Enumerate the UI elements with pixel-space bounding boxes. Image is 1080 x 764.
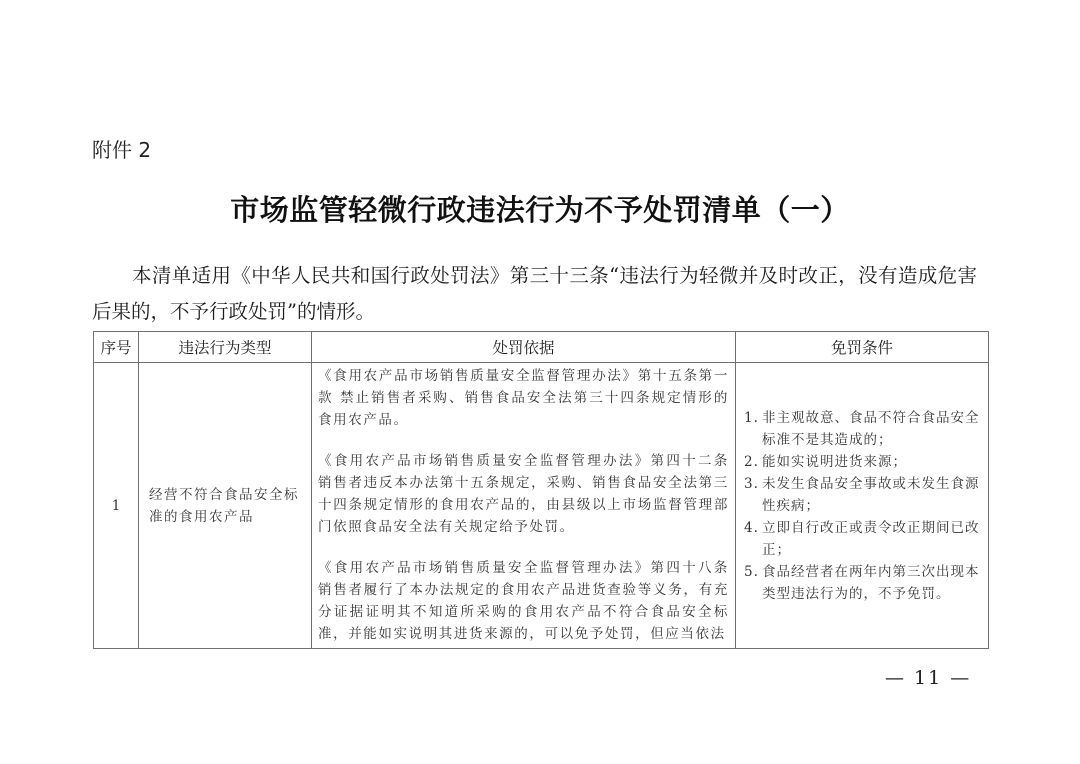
condition-text: 能如实说明进货来源；	[760, 451, 982, 473]
attachment-label: 附件 2	[92, 134, 151, 163]
basis-paragraph: 《食用农产品市场销售质量安全监督管理办法》第四十八条 销售者履行了本办法规定的食…	[318, 557, 729, 645]
cell-penalty-basis: 《食用农产品市场销售质量安全监督管理办法》第十五条第一款 禁止销售者采购、销售食…	[312, 363, 736, 649]
cell-serial-no: 1	[94, 363, 139, 649]
condition-text: 食品经营者在两年内第三次出现本类型违法行为的，不予免罚。	[760, 561, 982, 605]
condition-item: 4. 立即自行改正或责令改正期间已改正；	[744, 517, 982, 561]
header-violation-type: 违法行为类型	[139, 332, 312, 363]
header-penalty-basis: 处罚依据	[312, 332, 736, 363]
intro-paragraph: 本清单适用《中华人民共和国行政处罚法》第三十三条“违法行为轻微并及时改正，没有造…	[92, 258, 977, 330]
condition-item: 3. 未发生食品安全事故或未发生食源性疾病；	[744, 473, 982, 517]
cell-violation-type: 经营不符合食品安全标准的食用农产品	[139, 363, 312, 649]
header-serial-no: 序号	[94, 332, 139, 363]
header-exemption-conditions: 免罚条件	[736, 332, 989, 363]
penalty-exemption-table: 序号 违法行为类型 处罚依据 免罚条件 1 经营不符合食品安全标准的食用农产品 …	[93, 331, 989, 649]
condition-number: 5.	[744, 561, 760, 605]
condition-item: 1. 非主观故意、食品不符合食品安全标准不是其造成的；	[744, 407, 982, 451]
condition-number: 4.	[744, 517, 760, 561]
condition-item: 2. 能如实说明进货来源；	[744, 451, 982, 473]
condition-number: 3.	[744, 473, 760, 517]
condition-text: 非主观故意、食品不符合食品安全标准不是其造成的；	[760, 407, 982, 451]
condition-text: 未发生食品安全事故或未发生食源性疾病；	[760, 473, 982, 517]
condition-number: 2.	[744, 451, 760, 473]
condition-item: 5. 食品经营者在两年内第三次出现本类型违法行为的，不予免罚。	[744, 561, 982, 605]
basis-paragraph: 《食用农产品市场销售质量安全监督管理办法》第四十二条 销售者违反本办法第十五条规…	[318, 450, 729, 538]
page-number: — 11 —	[885, 667, 971, 689]
condition-text: 立即自行改正或责令改正期间已改正；	[760, 517, 982, 561]
document-title: 市场监管轻微行政违法行为不予处罚清单（一）	[0, 188, 1080, 229]
basis-paragraph: 《食用农产品市场销售质量安全监督管理办法》第十五条第一款 禁止销售者采购、销售食…	[318, 365, 729, 431]
table-row: 1 经营不符合食品安全标准的食用农产品 《食用农产品市场销售质量安全监督管理办法…	[94, 363, 989, 649]
cell-exemption-conditions: 1. 非主观故意、食品不符合食品安全标准不是其造成的； 2. 能如实说明进货来源…	[736, 363, 989, 649]
table-header-row: 序号 违法行为类型 处罚依据 免罚条件	[94, 332, 989, 363]
condition-number: 1.	[744, 407, 760, 451]
